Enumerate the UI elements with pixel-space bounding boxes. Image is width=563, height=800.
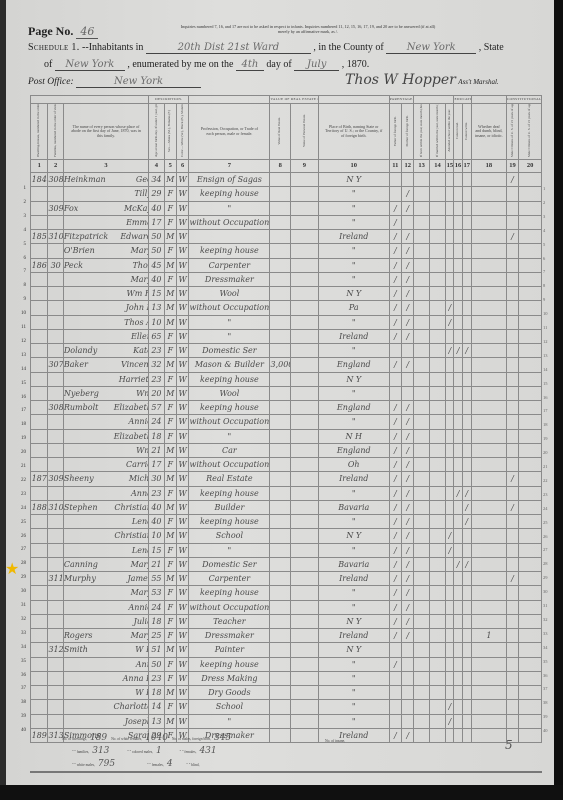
personal-estate-value bbox=[291, 486, 319, 500]
given-name: Tilly bbox=[112, 189, 149, 198]
page-number: Page No. 46 bbox=[28, 24, 98, 39]
father-foreign-mark: / bbox=[389, 500, 401, 514]
table-row: Elizabeth18FW"N H// bbox=[31, 429, 542, 443]
color: W bbox=[176, 201, 188, 215]
father-foreign-mark bbox=[389, 344, 401, 358]
line-number-left: 4 bbox=[12, 228, 26, 233]
color: W bbox=[176, 671, 188, 685]
born-within-year bbox=[414, 543, 429, 557]
attended-school-mark bbox=[446, 657, 454, 671]
birthplace: Bavaria bbox=[318, 500, 389, 514]
father-foreign-mark bbox=[389, 686, 401, 700]
given-name: Anna E bbox=[112, 674, 149, 683]
vote-denied-mark bbox=[519, 215, 542, 229]
father-foreign-mark: / bbox=[389, 329, 401, 343]
surname: Fox bbox=[64, 204, 112, 213]
male-citizen-mark: / bbox=[506, 173, 518, 187]
table-row: Mary53FWkeeping house"// bbox=[31, 586, 542, 600]
cannot-read-mark bbox=[454, 173, 462, 187]
sex: F bbox=[164, 543, 176, 557]
col-num: 9 bbox=[291, 160, 319, 173]
born-within-year bbox=[414, 173, 429, 187]
birthplace: " bbox=[318, 586, 389, 600]
given-name: Joseph bbox=[112, 717, 149, 726]
male-citizen-mark bbox=[506, 258, 518, 272]
married-within-year bbox=[429, 657, 445, 671]
father-foreign-mark bbox=[389, 173, 401, 187]
attended-school-mark: / bbox=[446, 301, 454, 315]
line-number-left: 21 bbox=[12, 464, 26, 469]
color: W bbox=[176, 557, 188, 571]
line-number-left: 12 bbox=[12, 339, 26, 344]
given-name: John L bbox=[112, 303, 149, 312]
line-number-left: 32 bbox=[12, 617, 26, 622]
family-number bbox=[48, 629, 63, 643]
person-name: Tilly bbox=[63, 187, 148, 201]
dwelling-number bbox=[31, 714, 48, 728]
foreign-females-value: 431 bbox=[199, 746, 216, 756]
father-foreign-mark: / bbox=[389, 572, 401, 586]
attended-school-mark: / bbox=[446, 543, 454, 557]
inhabitants-label: --Inhabitants in bbox=[82, 42, 143, 53]
line-number-left: 11 bbox=[12, 325, 26, 330]
vote-denied-mark bbox=[519, 700, 542, 714]
personal-estate-value bbox=[291, 586, 319, 600]
person-name: StephenChristian bbox=[63, 500, 148, 514]
attended-school-mark bbox=[446, 386, 454, 400]
personal-estate-value bbox=[291, 272, 319, 286]
occupation: Dress Making bbox=[189, 671, 270, 685]
real-estate-value bbox=[270, 643, 291, 657]
given-name: Mary bbox=[112, 631, 149, 640]
person-name: FitzpatrickEdward bbox=[63, 230, 148, 244]
dwelling-number bbox=[31, 458, 48, 472]
birthplace: N Y bbox=[318, 372, 389, 386]
family-number bbox=[48, 272, 63, 286]
given-name: Edward bbox=[112, 232, 149, 241]
vote-denied-mark bbox=[519, 372, 542, 386]
line-number-left: 16 bbox=[12, 395, 26, 400]
born-within-year bbox=[414, 415, 429, 429]
district-value: 20th Dist 21st Ward bbox=[146, 42, 311, 54]
family-number: 309 bbox=[48, 472, 63, 486]
given-name: Annie bbox=[112, 603, 149, 612]
color: W bbox=[176, 358, 188, 372]
cannot-write-mark bbox=[462, 287, 471, 301]
personal-estate-value bbox=[291, 344, 319, 358]
real-estate-value bbox=[270, 272, 291, 286]
given-name: Christian bbox=[112, 503, 149, 512]
real-estate-value bbox=[270, 500, 291, 514]
family-number bbox=[48, 329, 63, 343]
color: W bbox=[176, 629, 188, 643]
family-number bbox=[48, 429, 63, 443]
line-number-right: 1 bbox=[543, 186, 545, 191]
male-citizen-mark bbox=[506, 443, 518, 457]
married-within-year bbox=[429, 643, 445, 657]
page-number-value: 46 bbox=[76, 25, 98, 39]
age: 13 bbox=[149, 301, 164, 315]
dwelling-number bbox=[31, 372, 48, 386]
dwelling-number: 189 bbox=[31, 728, 48, 742]
family-number bbox=[48, 443, 63, 457]
age: 45 bbox=[149, 258, 164, 272]
col-header-14: If married within the year, state month … bbox=[429, 104, 445, 160]
married-within-year bbox=[429, 344, 445, 358]
page-number-label: Page No. bbox=[28, 24, 73, 38]
col-header-17: Cannot write. bbox=[462, 104, 471, 160]
male-citizen-mark bbox=[506, 714, 518, 728]
group-description: DESCRIPTION. bbox=[149, 96, 189, 104]
birthplace: " bbox=[318, 415, 389, 429]
dwelling-number bbox=[31, 543, 48, 557]
occupation: " bbox=[189, 315, 270, 329]
age: 15 bbox=[149, 543, 164, 557]
real-estate-value bbox=[270, 344, 291, 358]
birthplace: " bbox=[318, 671, 389, 685]
surname: Heinkman bbox=[64, 175, 112, 184]
sex: M bbox=[164, 386, 176, 400]
attended-school-mark bbox=[446, 643, 454, 657]
father-foreign-mark: / bbox=[389, 486, 401, 500]
birthplace: " bbox=[318, 700, 389, 714]
mother-foreign-mark: / bbox=[402, 329, 414, 343]
male-citizen-mark: / bbox=[506, 230, 518, 244]
col-num: 12 bbox=[402, 160, 414, 173]
table-row: 188310StephenChristian40MWBuilderBavaria… bbox=[31, 500, 542, 514]
table-bottom-rule bbox=[30, 771, 542, 773]
dwelling-number bbox=[31, 643, 48, 657]
given-name: Anna bbox=[112, 489, 149, 498]
table-row: 308RumboltElizabeth57FWkeeping houseEngl… bbox=[31, 401, 542, 415]
mother-foreign-mark bbox=[402, 215, 414, 229]
cannot-write-mark bbox=[462, 173, 471, 187]
line-number-left: 40 bbox=[12, 728, 26, 733]
cannot-read-mark bbox=[454, 500, 462, 514]
line-number-right: 19 bbox=[543, 436, 548, 441]
family-number bbox=[48, 458, 63, 472]
real-estate-value bbox=[270, 287, 291, 301]
real-estate-value bbox=[270, 557, 291, 571]
cannot-read-mark bbox=[454, 657, 462, 671]
given-name: Carrie bbox=[112, 460, 149, 469]
male-citizen-mark bbox=[506, 386, 518, 400]
birthplace: Ireland bbox=[318, 629, 389, 643]
deaf-blind-insane bbox=[471, 515, 506, 529]
family-number bbox=[48, 315, 63, 329]
male-citizen-mark bbox=[506, 486, 518, 500]
real-estate-value bbox=[270, 329, 291, 343]
mother-foreign-mark: / bbox=[402, 629, 414, 643]
mother-foreign-mark: / bbox=[402, 272, 414, 286]
personal-estate-value bbox=[291, 543, 319, 557]
family-number: 30 bbox=[48, 258, 63, 272]
vote-denied-mark bbox=[519, 515, 542, 529]
mother-foreign-mark: / bbox=[402, 415, 414, 429]
color: W bbox=[176, 529, 188, 543]
person-name: Elizabeth bbox=[63, 429, 148, 443]
cannot-write-mark: / bbox=[462, 500, 471, 514]
occupation: Dry Goods bbox=[189, 686, 270, 700]
father-foreign-mark bbox=[389, 671, 401, 685]
father-foreign-mark: / bbox=[389, 557, 401, 571]
occupation: keeping house bbox=[189, 244, 270, 258]
born-within-year bbox=[414, 301, 429, 315]
cannot-read-mark bbox=[454, 728, 462, 742]
scan-right-edge bbox=[554, 0, 563, 800]
born-within-year bbox=[414, 572, 429, 586]
born-within-year bbox=[414, 401, 429, 415]
col-num: 1 bbox=[31, 160, 48, 173]
sex: F bbox=[164, 586, 176, 600]
color: W bbox=[176, 258, 188, 272]
family-number bbox=[48, 714, 63, 728]
birthplace: England bbox=[318, 443, 389, 457]
personal-estate-value bbox=[291, 458, 319, 472]
deaf-blind-insane bbox=[471, 572, 506, 586]
table-row: Ellen65FW"Ireland// bbox=[31, 329, 542, 343]
attended-school-mark bbox=[446, 244, 454, 258]
white-males-label: " " white males, bbox=[72, 763, 95, 767]
male-citizen-mark bbox=[506, 686, 518, 700]
birthplace: " bbox=[318, 187, 389, 201]
state-value: New York bbox=[55, 59, 125, 71]
attended-school-mark bbox=[446, 500, 454, 514]
father-foreign-mark: / bbox=[389, 443, 401, 457]
col-num: 15 bbox=[446, 160, 454, 173]
birthplace: " bbox=[318, 386, 389, 400]
sex: F bbox=[164, 329, 176, 343]
cannot-write-mark bbox=[462, 272, 471, 286]
line-number-right: 7 bbox=[543, 269, 545, 274]
col-num: 3 bbox=[63, 160, 148, 173]
occupation: Builder bbox=[189, 500, 270, 514]
cannot-write-mark bbox=[462, 244, 471, 258]
cannot-write-mark bbox=[462, 543, 471, 557]
cannot-write-mark bbox=[462, 643, 471, 657]
color: W bbox=[176, 486, 188, 500]
occupation: " bbox=[189, 543, 270, 557]
birthplace: " bbox=[318, 215, 389, 229]
born-within-year bbox=[414, 344, 429, 358]
enumerated-label: , enumerated by me on the bbox=[127, 59, 233, 70]
line-number-left: 25 bbox=[12, 520, 26, 525]
male-citizen-mark bbox=[506, 344, 518, 358]
family-number bbox=[48, 215, 63, 229]
sex: M bbox=[164, 287, 176, 301]
age: 40 bbox=[149, 272, 164, 286]
birthplace: " bbox=[318, 657, 389, 671]
family-number bbox=[48, 515, 63, 529]
occupation: Mason & Builder bbox=[189, 358, 270, 372]
occupation: " bbox=[189, 329, 270, 343]
cannot-write-mark bbox=[462, 187, 471, 201]
male-citizen-mark bbox=[506, 600, 518, 614]
personal-estate-value bbox=[291, 315, 319, 329]
real-estate-value bbox=[270, 215, 291, 229]
born-within-year bbox=[414, 329, 429, 343]
line-number-right: 5 bbox=[543, 242, 545, 247]
birthplace: Ireland bbox=[318, 472, 389, 486]
attended-school-mark bbox=[446, 173, 454, 187]
person-name: Anna bbox=[63, 486, 148, 500]
given-name: Thos A bbox=[112, 318, 149, 327]
occupation: without Occupation bbox=[189, 600, 270, 614]
sex: F bbox=[164, 700, 176, 714]
birthplace: Oh bbox=[318, 458, 389, 472]
cannot-write-mark bbox=[462, 586, 471, 600]
given-name: Mary bbox=[112, 560, 149, 569]
col-num: 5 bbox=[164, 160, 176, 173]
attended-school-mark bbox=[446, 372, 454, 386]
male-citizen-mark bbox=[506, 543, 518, 557]
deaf-blind-insane bbox=[471, 671, 506, 685]
birthplace: N Y bbox=[318, 529, 389, 543]
occupation: keeping house bbox=[189, 486, 270, 500]
table-row: Wm H15MWWoolN Y// bbox=[31, 287, 542, 301]
line-number-left: 36 bbox=[12, 673, 26, 678]
given-name: Elizabeth bbox=[112, 403, 149, 412]
personal-estate-value bbox=[291, 529, 319, 543]
attended-school-mark bbox=[446, 614, 454, 628]
color: W bbox=[176, 372, 188, 386]
married-within-year bbox=[429, 244, 445, 258]
personal-estate-value bbox=[291, 671, 319, 685]
sex: M bbox=[164, 173, 176, 187]
family-number: 310 bbox=[48, 500, 63, 514]
personal-estate-value bbox=[291, 258, 319, 272]
personal-estate-value bbox=[291, 215, 319, 229]
married-within-year bbox=[429, 187, 445, 201]
color: W bbox=[176, 500, 188, 514]
person-name: Carrie bbox=[63, 458, 148, 472]
mother-foreign-mark: / bbox=[402, 600, 414, 614]
sex: M bbox=[164, 500, 176, 514]
dwelling-number bbox=[31, 272, 48, 286]
family-number bbox=[48, 543, 63, 557]
person-name: RogersMary bbox=[63, 629, 148, 643]
born-within-year bbox=[414, 486, 429, 500]
deaf-blind-insane bbox=[471, 372, 506, 386]
occupation: " bbox=[189, 201, 270, 215]
sex: F bbox=[164, 215, 176, 229]
mother-foreign-mark: / bbox=[402, 187, 414, 201]
married-within-year bbox=[429, 415, 445, 429]
line-number-right: 25 bbox=[543, 520, 548, 525]
dwelling-number bbox=[31, 486, 48, 500]
person-name: RumboltElizabeth bbox=[63, 401, 148, 415]
deaf-blind-insane bbox=[471, 358, 506, 372]
age: 23 bbox=[149, 486, 164, 500]
cannot-write-mark bbox=[462, 358, 471, 372]
dwelling-number bbox=[31, 700, 48, 714]
married-within-year bbox=[429, 272, 445, 286]
col-header-15: Attended school within the year. bbox=[446, 104, 454, 160]
birthplace: Pa bbox=[318, 301, 389, 315]
line-number-right: 40 bbox=[543, 728, 548, 733]
color: W bbox=[176, 614, 188, 628]
cannot-write-mark bbox=[462, 600, 471, 614]
mother-foreign-mark: / bbox=[402, 230, 414, 244]
personal-estate-value bbox=[291, 415, 319, 429]
male-citizen-mark bbox=[506, 515, 518, 529]
family-number: 310 bbox=[48, 230, 63, 244]
col-header-10: Place of Birth, naming State or Territor… bbox=[318, 104, 389, 160]
father-foreign-mark: / bbox=[389, 230, 401, 244]
occupation: without Occupation bbox=[189, 415, 270, 429]
occupation: keeping house bbox=[189, 187, 270, 201]
male-citizen-mark bbox=[506, 215, 518, 229]
mother-foreign-mark: / bbox=[402, 586, 414, 600]
sex: M bbox=[164, 358, 176, 372]
personal-estate-value bbox=[291, 700, 319, 714]
person-name: Lena bbox=[63, 515, 148, 529]
surname: Baker bbox=[64, 360, 112, 369]
deaf-blind-insane bbox=[471, 301, 506, 315]
surname: Smith bbox=[64, 645, 112, 654]
occupation: Wool bbox=[189, 386, 270, 400]
born-within-year bbox=[414, 358, 429, 372]
occupation: Ensign of Sagas bbox=[189, 173, 270, 187]
mother-foreign-mark bbox=[402, 714, 414, 728]
attended-school-mark bbox=[446, 472, 454, 486]
mother-foreign-mark: / bbox=[402, 515, 414, 529]
father-foreign-mark: / bbox=[389, 629, 401, 643]
star-icon[interactable]: ★ bbox=[5, 562, 21, 578]
col-num: 6 bbox=[176, 160, 188, 173]
col-header-19: Male Citizens of U. S. of 21 years of ag… bbox=[506, 104, 518, 160]
married-within-year bbox=[429, 201, 445, 215]
age: 18 bbox=[149, 429, 164, 443]
cannot-write-mark bbox=[462, 700, 471, 714]
person-name: Ellen bbox=[63, 329, 148, 343]
col-header-8: Value of Real Estate. bbox=[270, 104, 291, 160]
table-row: Annie24FWwithout Occupation"// bbox=[31, 415, 542, 429]
attended-school-mark: / bbox=[446, 315, 454, 329]
age: 24 bbox=[149, 415, 164, 429]
cannot-read-mark bbox=[454, 629, 462, 643]
mother-foreign-mark bbox=[402, 372, 414, 386]
birthplace: " bbox=[318, 201, 389, 215]
dwelling-number bbox=[31, 671, 48, 685]
born-within-year bbox=[414, 443, 429, 457]
table-row: Charlotte14FWSchool"/ bbox=[31, 700, 542, 714]
table-row: Anna E23FWDress Making" bbox=[31, 671, 542, 685]
cannot-write-mark bbox=[462, 443, 471, 457]
given-name: Kate bbox=[112, 346, 149, 355]
family-number bbox=[48, 600, 63, 614]
married-within-year bbox=[429, 600, 445, 614]
personal-estate-value bbox=[291, 572, 319, 586]
personal-estate-value bbox=[291, 244, 319, 258]
attended-school-mark bbox=[446, 458, 454, 472]
vote-denied-mark bbox=[519, 671, 542, 685]
cannot-read-mark: / bbox=[454, 486, 462, 500]
line-number-left: 26 bbox=[12, 534, 26, 539]
attended-school-mark: / bbox=[446, 714, 454, 728]
color: W bbox=[176, 287, 188, 301]
line-number-left: 3 bbox=[12, 214, 26, 219]
age: 53 bbox=[149, 586, 164, 600]
age: 18 bbox=[149, 686, 164, 700]
cannot-write-mark bbox=[462, 529, 471, 543]
occupation: keeping house bbox=[189, 401, 270, 415]
line-number-left: 15 bbox=[12, 381, 26, 386]
cannot-write-mark bbox=[462, 629, 471, 643]
personal-estate-value bbox=[291, 657, 319, 671]
person-name: Wm bbox=[63, 443, 148, 457]
surname: Peck bbox=[64, 261, 112, 270]
